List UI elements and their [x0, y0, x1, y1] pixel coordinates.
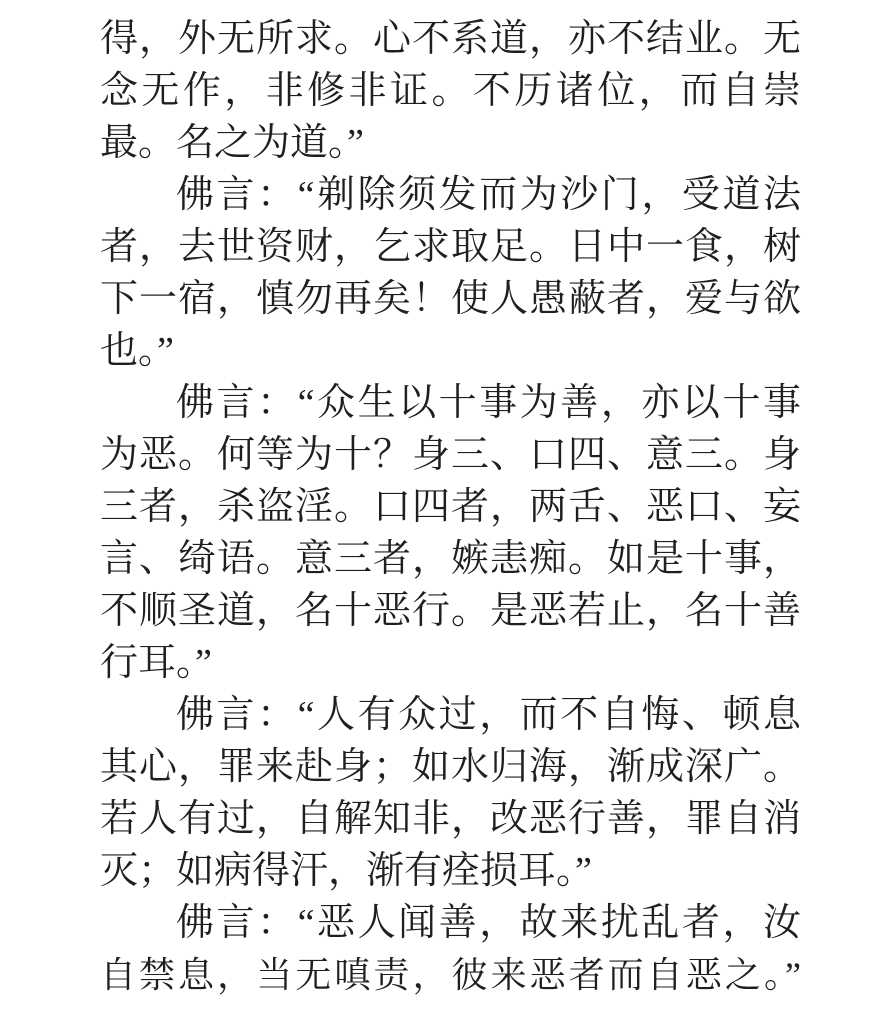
- text-line: 佛言：“恶人闻善，故来扰乱者，汝: [100, 897, 801, 949]
- text-line: 者，去世资财，乞求取足。日中一食，树: [100, 221, 801, 273]
- text-line: 言、绮语。意三者，嫉恚痴。如是十事，: [100, 533, 801, 585]
- text-line: 三者，杀盗淫。口四者，两舌、恶口、妄: [100, 481, 801, 533]
- text-line: 自禁息，当无嗔责，彼来恶者而自恶之。”: [100, 949, 801, 1001]
- text-line: 不顺圣道，名十恶行。是恶若止，名十善: [100, 585, 801, 637]
- text-line: 下一宿，慎勿再矣！使人愚蔽者，爱与欲: [100, 273, 801, 325]
- text-line: 佛言：“人有众过，而不自悔、顿息: [100, 689, 801, 741]
- text-line: 念无作，非修非证。不历诸位，而自崇: [100, 65, 801, 117]
- text-line: 得，外无所求。心不系道，亦不结业。无: [100, 13, 801, 65]
- text-line: 为恶。何等为十？身三、口四、意三。身: [100, 429, 801, 481]
- text-line: 行耳。”: [100, 637, 801, 689]
- text-line: 若人有过，自解知非，改恶行善，罪自消: [100, 793, 801, 845]
- document-page: 得，外无所求。心不系道，亦不结业。无 念无作，非修非证。不历诸位，而自崇 最。名…: [0, 0, 881, 1024]
- text-line: 灭；如病得汗，渐有痊损耳。”: [100, 845, 801, 897]
- text-line: 佛言：“剃除须发而为沙门，受道法: [100, 169, 801, 221]
- text-line: 也。”: [100, 325, 801, 377]
- text-line: 其心，罪来赴身；如水归海，渐成深广。: [100, 741, 801, 793]
- text-line: 佛言：“众生以十事为善，亦以十事: [100, 377, 801, 429]
- text-line: 最。名之为道。”: [100, 117, 801, 169]
